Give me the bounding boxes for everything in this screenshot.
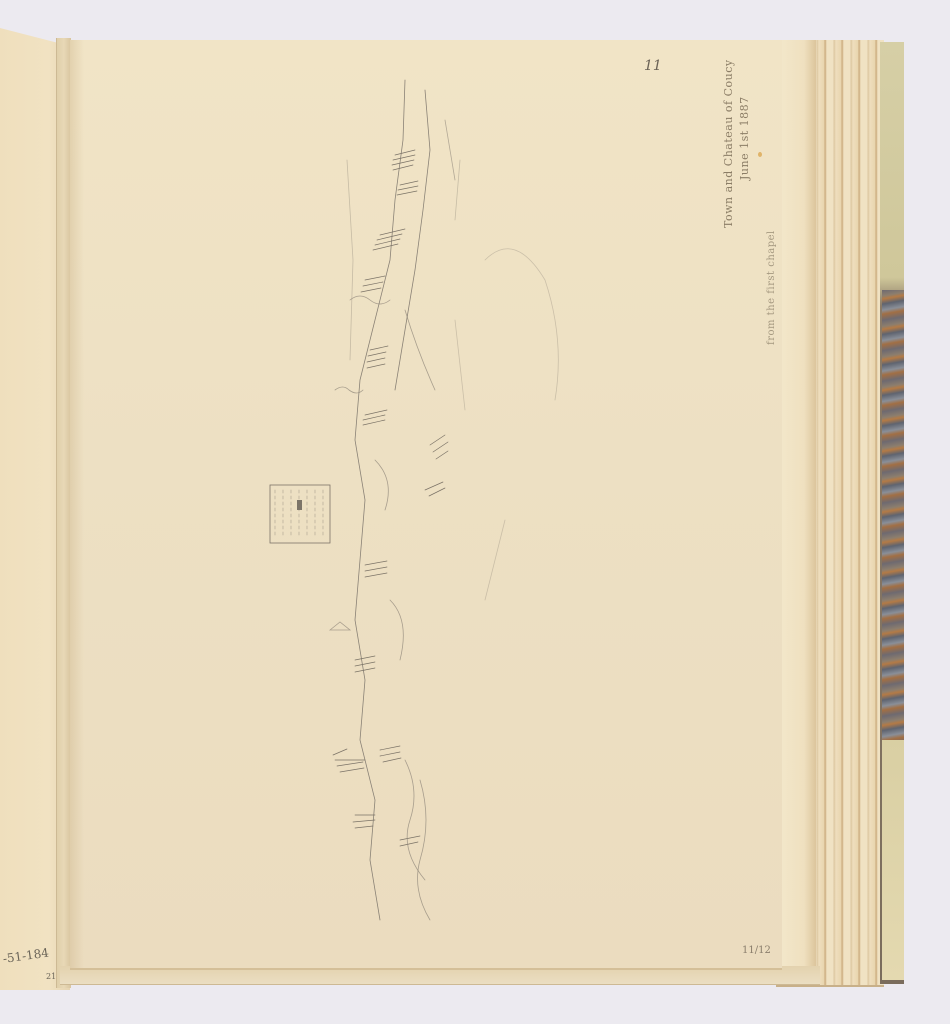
cover-lower-edge bbox=[882, 740, 904, 980]
book-gutter bbox=[56, 38, 71, 988]
pencil-sketch bbox=[255, 60, 605, 940]
accession-suffix: 21 bbox=[46, 972, 56, 981]
inscription-title: Town and Chateau of Coucy bbox=[722, 59, 735, 228]
page-shadow bbox=[70, 40, 84, 968]
page-stack-front bbox=[776, 40, 816, 975]
page-number: 11 bbox=[644, 58, 662, 74]
inscription-note: from the first chapel bbox=[766, 230, 777, 345]
marbled-cover-paper bbox=[882, 290, 904, 740]
ink-spot bbox=[758, 152, 762, 157]
inscription-date: June 1st 1887 bbox=[738, 96, 751, 180]
bottom-corner-number: 11/12 bbox=[742, 945, 771, 956]
